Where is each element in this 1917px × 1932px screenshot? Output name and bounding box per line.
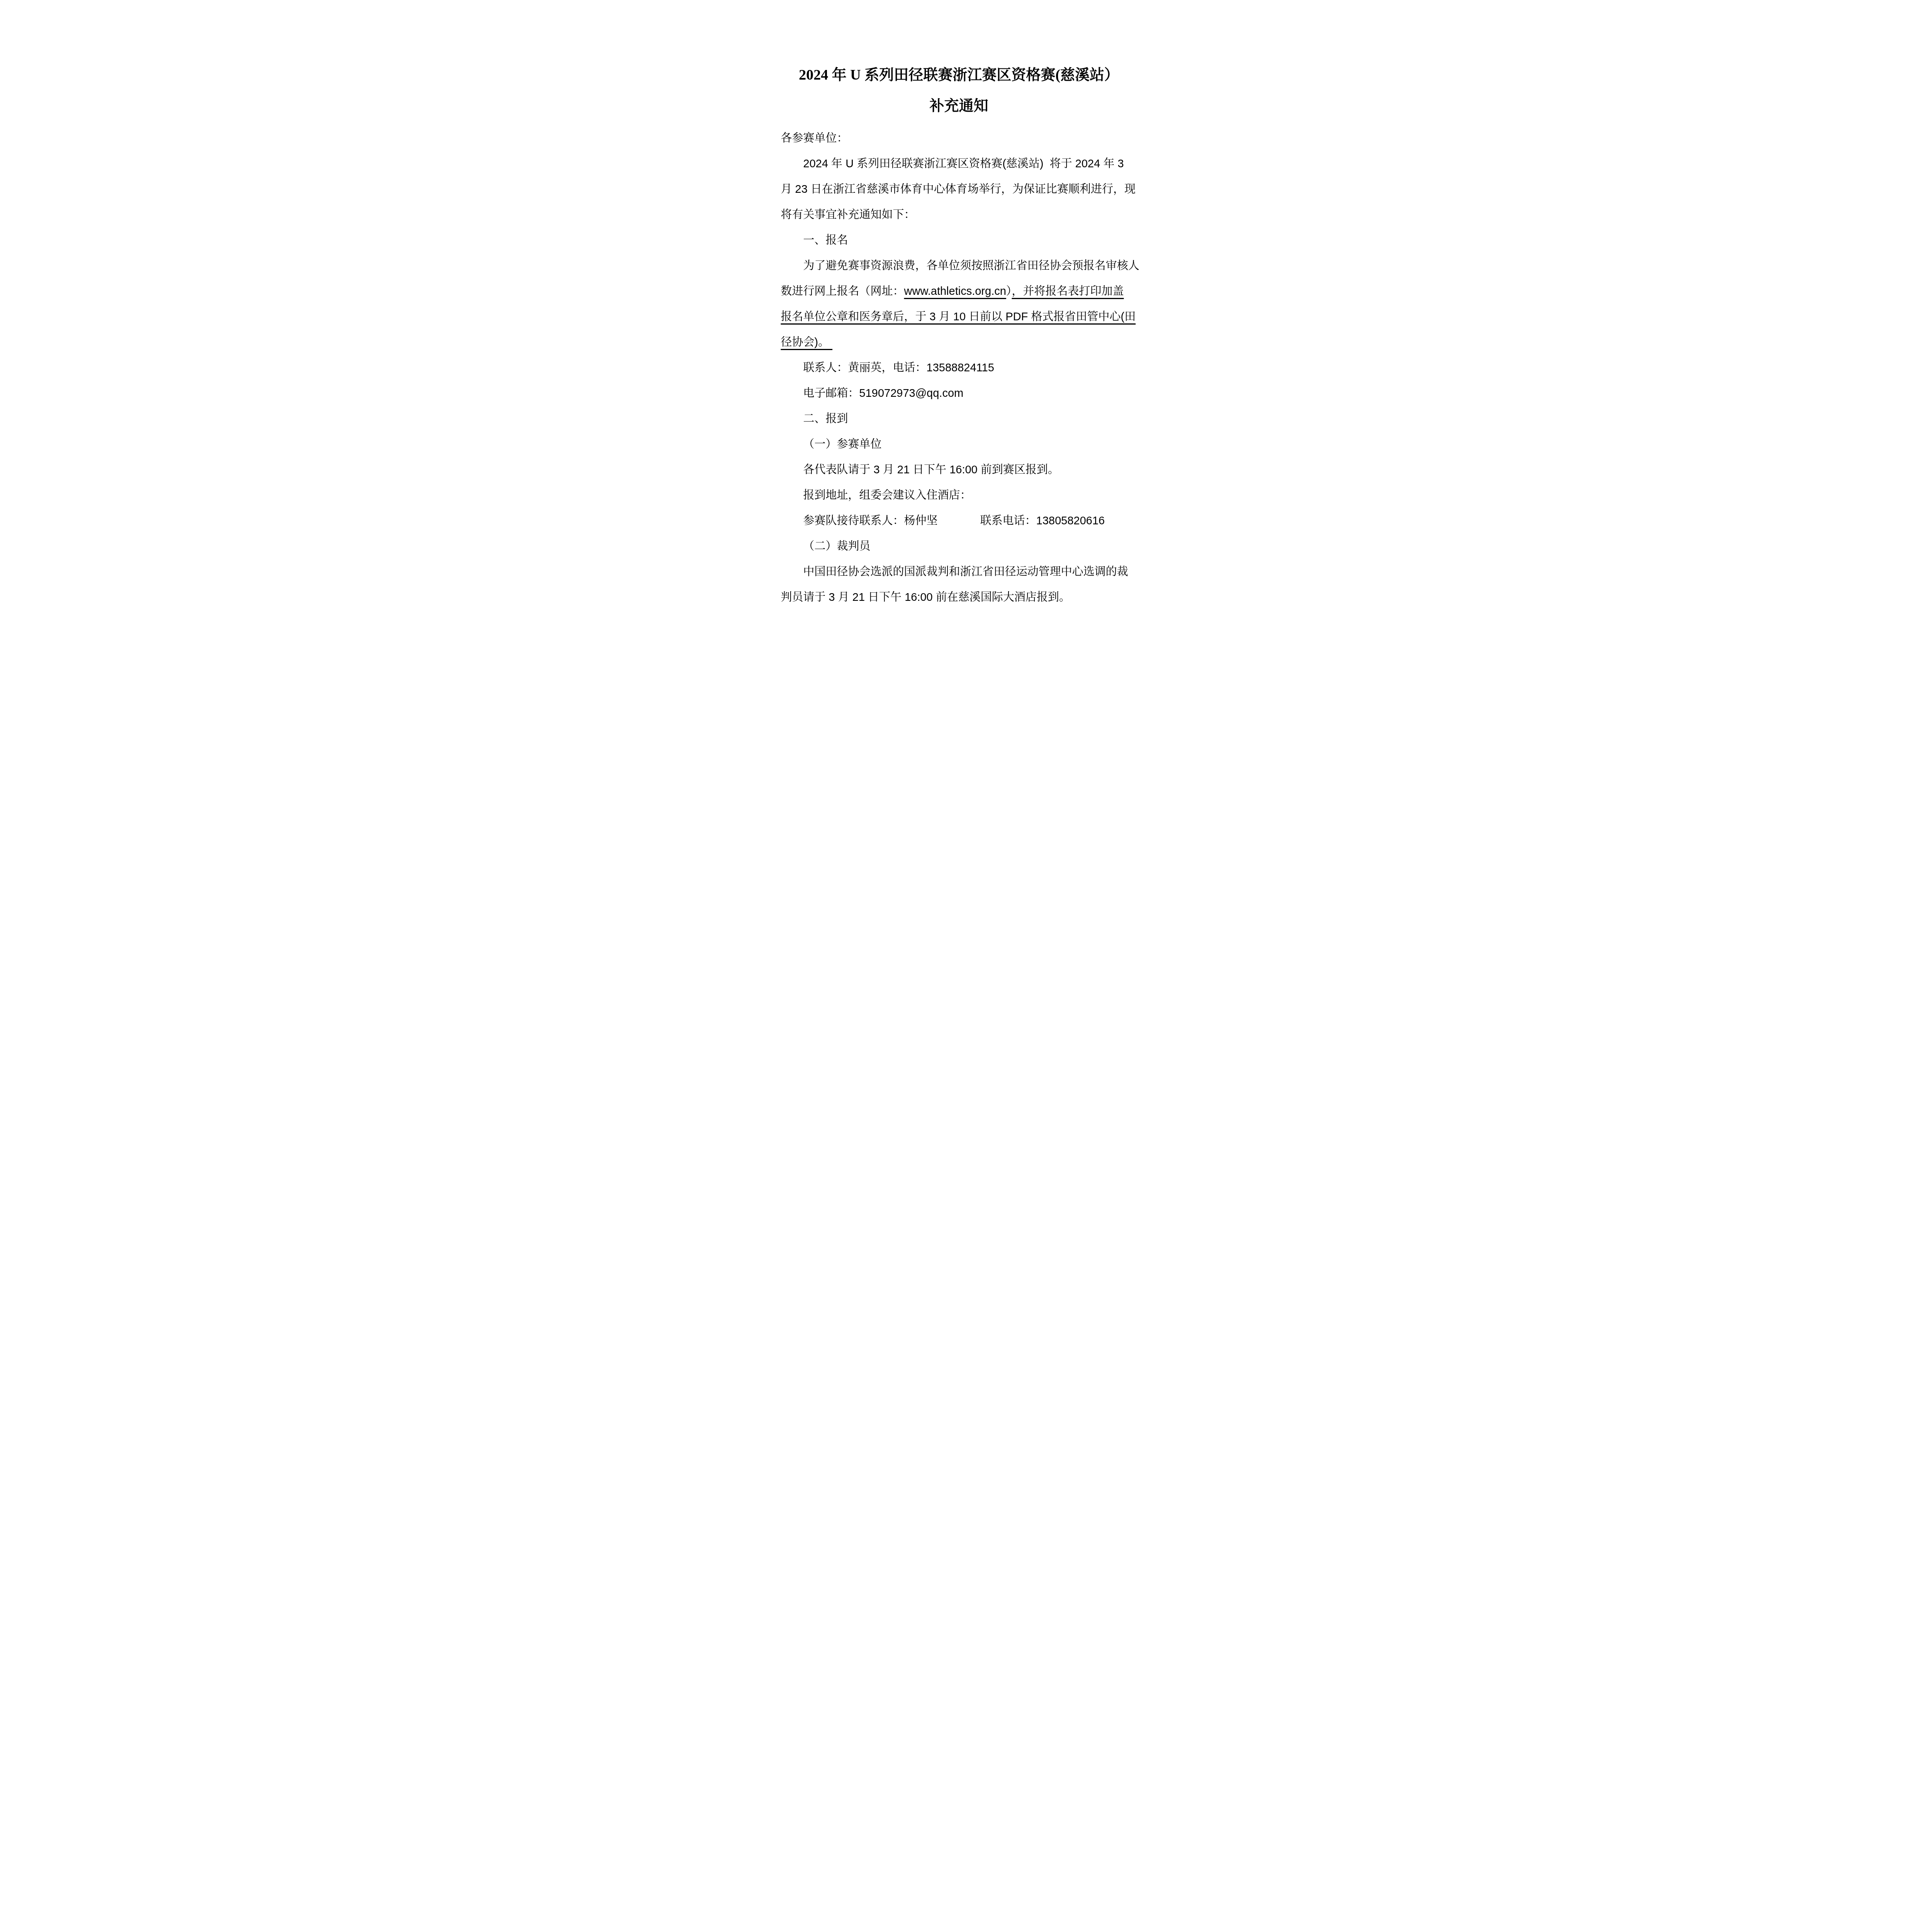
registration-url: www.athletics.org.cn — [904, 285, 1006, 298]
paragraph3-line2: 判员请于 3 月 21 日下午 16:00 前在慈溪国际大酒店报到。 — [781, 585, 1137, 610]
sub-heading-referees: （二）裁判员 — [781, 534, 1137, 559]
section-heading-registration: 一、报名 — [781, 228, 1137, 253]
document-content: 2024 年 U 系列田径联赛浙江赛区资格赛(慈溪站） 补充通知 各参赛单位： … — [719, 0, 1198, 610]
team-report-line: 各代表队请于 3 月 21 日下午 16:00 前到赛区报到。 — [781, 457, 1137, 483]
reception-line: 参赛队接待联系人：杨仲坚联系电话：13805820616 — [781, 508, 1137, 534]
paragraph2-line2-mid: ） — [1006, 285, 1012, 298]
report-address-line: 报到地址，组委会建议入住酒店： — [781, 483, 1137, 508]
document-title-line2: 补充通知 — [781, 97, 1137, 115]
paragraph1-line1: 2024 年 U 系列田径联赛浙江赛区资格赛(慈溪站) 将于 2024 年 3 — [781, 151, 1137, 177]
document-page: 2024 年 U 系列田径联赛浙江赛区资格赛(慈溪站） 补充通知 各参赛单位： … — [719, 0, 1198, 678]
salutation-line: 各参赛单位： — [781, 126, 1137, 151]
document-title-line1: 2024 年 U 系列田径联赛浙江赛区资格赛(慈溪站） — [781, 66, 1137, 84]
paragraph1-line2: 月 23 日在浙江省慈溪市体育中心体育场举行，为保证比赛顺利进行，现 — [781, 177, 1137, 202]
paragraph2-line1: 为了避免赛事资源浪费，各单位须按照浙江省田径协会预报名审核人 — [781, 253, 1137, 279]
paragraph2-line4-text: 径协会)。 — [781, 336, 833, 349]
paragraph2-line2-pre: 数进行网上报名（网址： — [781, 285, 904, 298]
paragraph3-line1: 中国田径协会选派的国派裁判和浙江省田径运动管理中心选调的裁 — [781, 559, 1137, 585]
paragraph2-line3: 报名单位公章和医务章后，于 3 月 10 日前以 PDF 格式报省田管中心(田 — [781, 304, 1137, 330]
sub-heading-teams: （一）参赛单位 — [781, 432, 1137, 457]
paragraph1-line3: 将有关事宜补充通知如下： — [781, 202, 1137, 228]
document-body: 各参赛单位： 2024 年 U 系列田径联赛浙江赛区资格赛(慈溪站) 将于 20… — [781, 126, 1137, 610]
contact-line: 联系人：黄丽英，电话：13588824115 — [781, 355, 1137, 381]
paragraph2-line4: 径协会)。 — [781, 330, 1137, 355]
section-heading-checkin: 二、报到 — [781, 406, 1137, 432]
paragraph2-line2-rest: ，并将报名表打印加盖 — [1012, 285, 1124, 298]
reception-phone: 联系电话：13805820616 — [980, 515, 1105, 527]
email-line: 电子邮箱：519072973@qq.com — [781, 381, 1137, 406]
reception-contact: 参赛队接待联系人：杨仲坚 — [803, 515, 938, 527]
paragraph2-line2: 数进行网上报名（网址：www.athletics.org.cn），并将报名表打印… — [781, 279, 1137, 304]
